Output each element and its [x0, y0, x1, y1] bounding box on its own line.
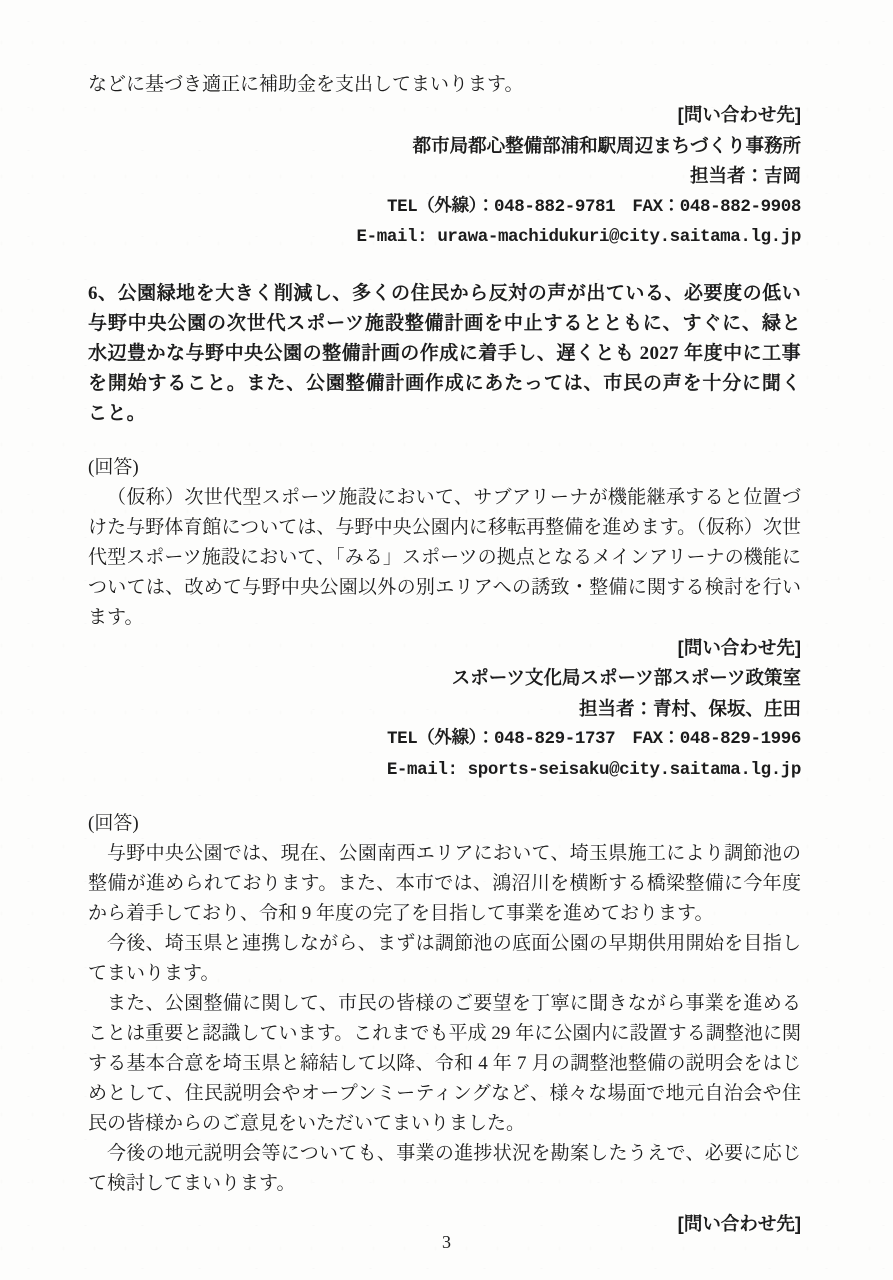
- inquiry-label: [問い合わせ先]: [88, 100, 801, 131]
- inquiry-label: [問い合わせ先]: [88, 633, 801, 664]
- question-6-paragraph: 6、公園緑地を大きく削減し、多くの住民から反対の声が出ている、必要度の低い与野中…: [88, 279, 801, 429]
- answer-1-paragraph: （仮称）次世代型スポーツ施設において、サブアリーナが機能継承すると位置づけた与野…: [88, 483, 801, 633]
- intro-paragraph: などに基づき適正に補助金を支出してまいります。: [88, 70, 801, 100]
- document-body: などに基づき適正に補助金を支出してまいります。 [問い合わせ先] 都市局都心整備…: [88, 70, 801, 1239]
- contact-person: 担当者：吉岡: [88, 161, 801, 192]
- contact-email: E-mail: urawa-machidukuri@city.saitama.l…: [88, 222, 801, 253]
- contact-block-sports: [問い合わせ先] スポーツ文化局スポーツ部スポーツ政策室 担当者：青村、保坂、庄…: [88, 633, 801, 786]
- answer-2-label: (回答): [88, 809, 801, 839]
- scanned-document-page: などに基づき適正に補助金を支出してまいります。 [問い合わせ先] 都市局都心整備…: [0, 0, 893, 1280]
- answer-2-paragraph-4: 今後の地元説明会等についても、事業の進捗状況を勘案したうえで、必要に応じて検討し…: [88, 1139, 801, 1199]
- contact-office: 都市局都心整備部浦和駅周辺まちづくり事務所: [88, 131, 801, 162]
- contact-office: スポーツ文化局スポーツ部スポーツ政策室: [88, 663, 801, 694]
- answer-2-paragraph-1: 与野中央公園では、現在、公園南西エリアにおいて、埼玉県施工により調節池の整備が進…: [88, 839, 801, 929]
- contact-tel-fax: TEL（外線）：048-829-1737 FAX：048-829-1996: [88, 724, 801, 755]
- answer-1-label: (回答): [88, 453, 801, 483]
- contact-block-urawa: [問い合わせ先] 都市局都心整備部浦和駅周辺まちづくり事務所 担当者：吉岡 TE…: [88, 100, 801, 253]
- contact-tel-fax: TEL（外線）：048-882-9781 FAX：048-882-9908: [88, 192, 801, 223]
- contact-email: E-mail: sports-seisaku@city.saitama.lg.j…: [88, 755, 801, 786]
- answer-2-paragraph-3: また、公園整備に関して、市民の皆様のご要望を丁寧に聞きながら事業を進めることは重…: [88, 989, 801, 1139]
- page-number: 3: [0, 1232, 893, 1253]
- answer-2-paragraph-2: 今後、埼玉県と連携しながら、まずは調節池の底面公園の早期供用開始を目指してまいり…: [88, 929, 801, 989]
- contact-person: 担当者：青村、保坂、庄田: [88, 694, 801, 725]
